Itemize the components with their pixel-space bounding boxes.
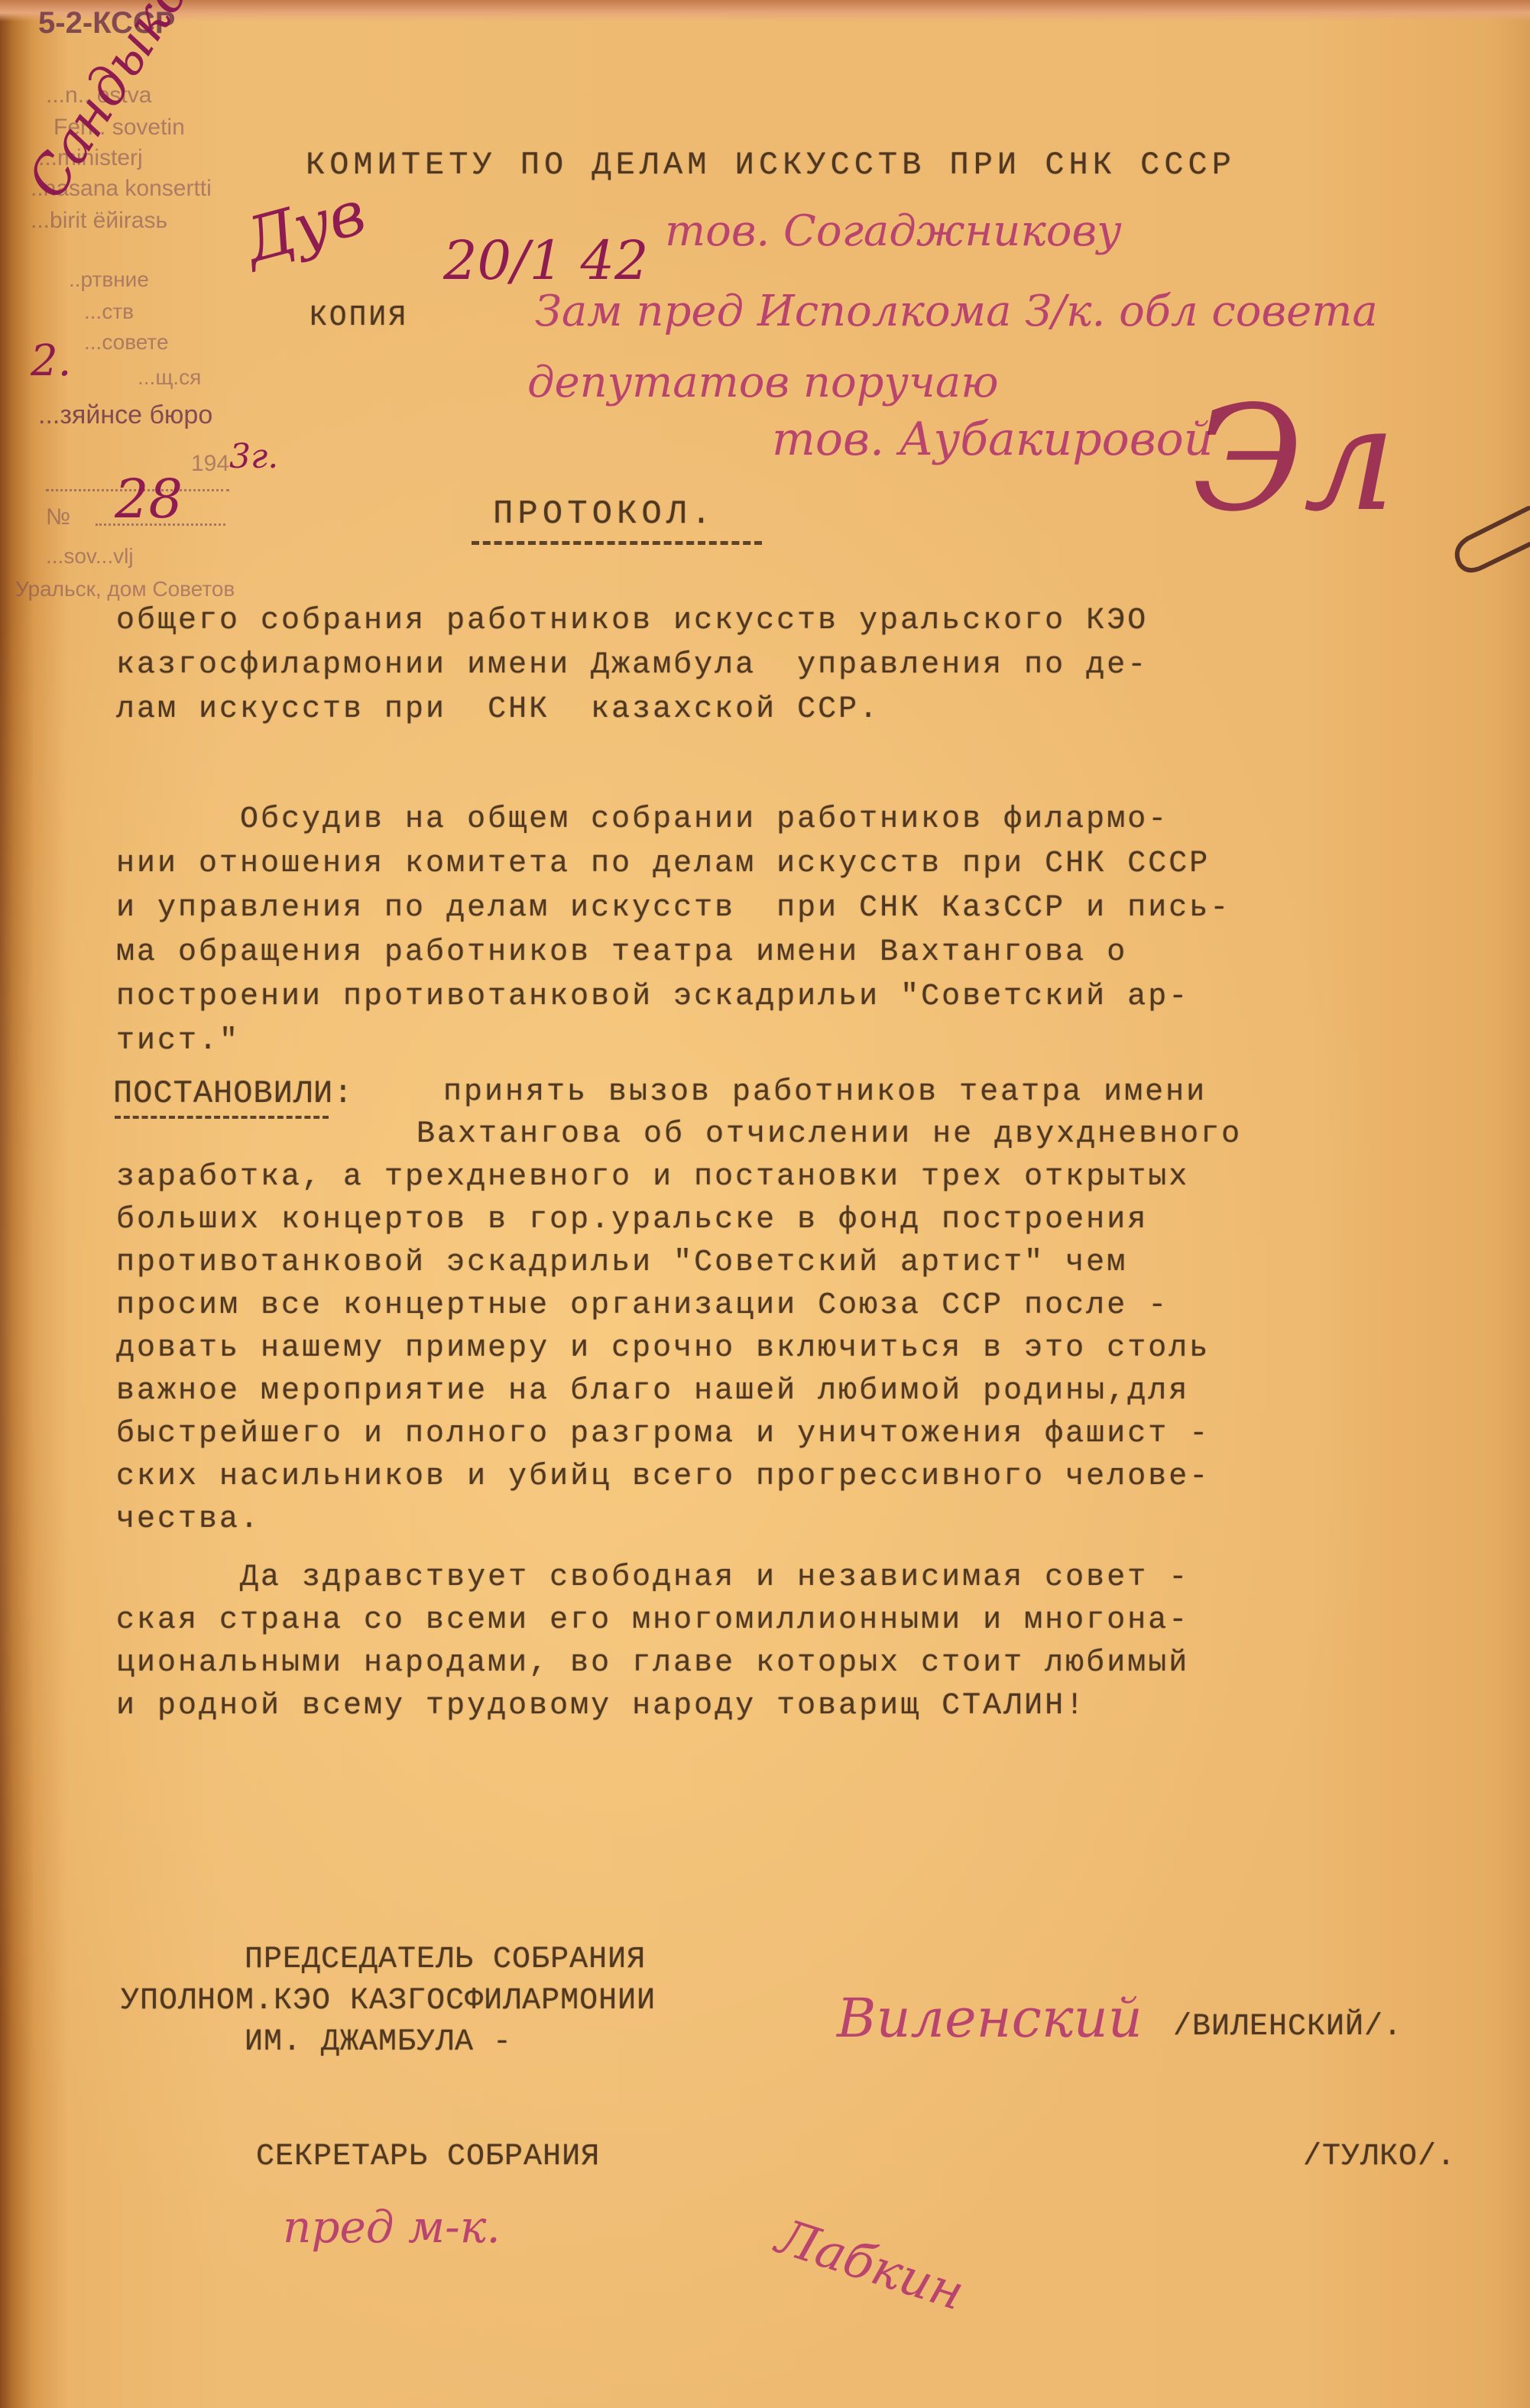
resolution-line: тов. Согаджникову	[665, 206, 1122, 256]
resolved-line: ских насильников и убийц всего прогресси…	[116, 1460, 1210, 1494]
closing-line: Да здравствует свободная и независимая с…	[116, 1561, 1189, 1595]
secretary-name: /ТУЛКО/.	[1303, 2140, 1456, 2174]
paragraph-line: ма обращения работников театра имени Вах…	[116, 935, 1127, 970]
stamp-line: ...зяйнсе бюро	[38, 400, 212, 430]
title-underline	[472, 541, 762, 545]
subtitle-line: казгосфилармонии имени Джамбула управлен…	[116, 648, 1148, 682]
stamp-line: ..ртвние	[69, 267, 149, 292]
stamp-line: ...щ.ся	[138, 365, 201, 390]
stamp-number-label: №	[46, 504, 70, 530]
resolved-underline	[115, 1116, 329, 1119]
secretary-title: СЕКРЕТАРЬ СОБРАНИЯ	[256, 2140, 600, 2174]
paragraph-line: и управления по делам искусств при СНК К…	[116, 891, 1230, 925]
registration-number: 28	[115, 468, 183, 530]
bottom-note: пред м-к.	[283, 2201, 501, 2253]
paragraph-line: тист."	[116, 1024, 240, 1058]
chair-handwritten-signature: Виленский	[837, 1987, 1143, 2050]
resolved-line: больших концертов в гор.уральске в фонд …	[116, 1203, 1148, 1237]
stamp-year: 194	[191, 451, 229, 477]
resolution-line: депутатов поручаю	[527, 358, 999, 407]
addressee: КОМИТЕТУ ПО ДЕЛАМ ИСКУССТВ ПРИ СНК СССР	[306, 147, 1236, 183]
paper-clip-icon	[1437, 504, 1530, 588]
resolved-label: ПОСТАНОВИЛИ:	[113, 1075, 353, 1112]
stamp-year-suffix: 3г.	[229, 437, 278, 476]
copy-label: КОПИЯ	[310, 301, 408, 334]
chair-title: ПРЕДСЕДАТЕЛЬ СОБРАНИЯ	[245, 1943, 646, 1977]
closing-line: и родной всему трудовому народу товарищ …	[116, 1689, 1086, 1723]
subtitle-line: лам искусств при СНК казахской ССР.	[116, 692, 880, 727]
stamp-line: ...sov...vlj	[46, 544, 134, 569]
resolved-line: важное мероприятие на благо нашей любимо…	[116, 1374, 1189, 1408]
resolved-line: заработка, а трехдневного и постановки т…	[116, 1160, 1189, 1194]
resolved-line: довать нашему примеру и срочно включитьс…	[116, 1331, 1210, 1366]
resolved-line: просим все концертные организации Союза …	[116, 1288, 1169, 1323]
resolution-line: Зам пред Исполкома З/к. обл совета	[535, 287, 1378, 336]
resolved-line: чества.	[116, 1502, 261, 1537]
paragraph-line: нии отношения комитета по делам искусств…	[116, 847, 1210, 881]
stamp-line: ...ств	[84, 300, 134, 324]
stamp-line: ...совете	[84, 330, 169, 355]
margin-mark: 2.	[31, 336, 71, 386]
resolved-line: быстрейшего и полного разгрома и уничтож…	[116, 1417, 1210, 1451]
paragraph-line: Обсудив на общем собрании работников фил…	[116, 802, 1169, 837]
chair-name: /ВИЛЕНСКИЙ/.	[1173, 2010, 1402, 2044]
paragraph-line: построении противотанковой эскадрильи "С…	[116, 980, 1189, 1014]
resolved-line: принять вызов работников театра имени	[443, 1075, 1207, 1110]
chair-org: ИМ. ДЖАМБУЛА -	[245, 2025, 512, 2060]
resolution-date: 20/1 42	[443, 229, 649, 292]
document-title: ПРОТОКОЛ.	[493, 495, 716, 533]
resolution-signature: Эл	[1192, 374, 1395, 543]
resolved-line: противотанковой эскадрильи "Советский ар…	[116, 1246, 1127, 1280]
stamp-dotted-line	[96, 523, 225, 526]
closing-line: циональными народами, во главе которых с…	[116, 1646, 1189, 1680]
resolution-line: тов. Аубакировой	[772, 413, 1213, 466]
resolved-line: Вахтангова об отчислении не двухдневного	[417, 1117, 1242, 1152]
closing-line: ская страна со всеми его многомиллионным…	[116, 1603, 1189, 1638]
page-top-edge	[0, 0, 1530, 21]
subtitle-line: общего собрания работников искусств урал…	[116, 604, 1148, 638]
chair-position: УПОЛНОМ.КЭО КАЗГОСФИЛАРМОНИИ	[121, 1984, 656, 2018]
stamp-address: Уральск, дом Советов	[15, 577, 235, 601]
stamp-line: ...birit ёйirasь	[31, 208, 167, 234]
